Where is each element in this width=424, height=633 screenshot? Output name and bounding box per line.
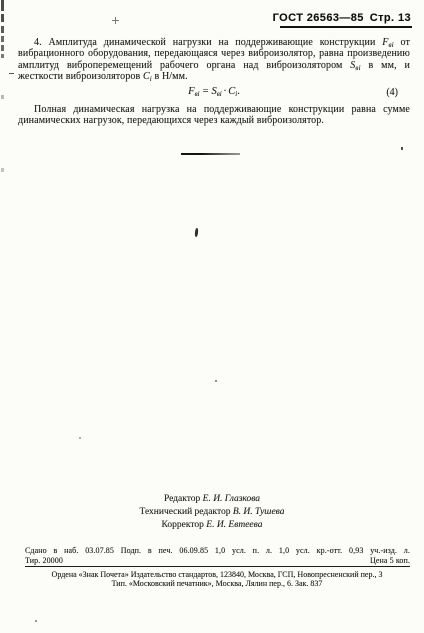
scan-hyphen-artifact [9,73,14,74]
header-rule [280,26,412,28]
tech-editor-label: Технический редактор [140,507,233,517]
equation-number: (4) [386,87,398,98]
price-value: Цена 5 коп. [370,556,410,566]
closing-paragraph-text: Полная динамическая нагрузка на поддержи… [18,104,410,126]
print-colophon: Сдано в наб. 03.07.85 Подп. в печ. 06.09… [25,546,410,565]
page-header: ГОСТ 26563—85Стр. 13 [273,12,411,24]
editor-label: Редактор [164,494,203,504]
colophon-rule [25,566,410,567]
multiplication-dot: · [223,86,227,97]
force-subscript: вi [195,90,200,98]
ink-blot-artifact [195,228,199,237]
publisher-imprint: Ордена «Знак Почета» Издательство станда… [19,570,415,588]
tech-editor-line: Технический редактор В. И. Тушева [0,506,424,519]
printing-house-line: Тип. «Московский печатник», Москва, Ляли… [19,579,415,588]
proofreader-name: Е. И. Евтеева [206,520,262,530]
document-page: ГОСТ 26563—85Стр. 13 4. Амплитуда динами… [0,0,424,633]
scan-plus-artifact [112,17,119,24]
clause4-text-1: 4. Амплитуда динамической нагрузки на по… [34,37,382,48]
stiffness-symbol: C [143,71,150,82]
equals-sign: = [203,86,209,97]
scan-line-artifact [181,153,240,155]
scan-edge-artifact [1,26,4,33]
scan-speck-artifact [401,147,403,150]
closing-paragraph: Полная динамическая нагрузка на поддержи… [18,104,410,127]
colophon-typesetting-line: Сдано в наб. 03.07.85 Подп. в печ. 06.09… [25,546,410,556]
scan-edge-artifact [1,54,4,58]
editor-line: Редактор Е. И. Глазкова [0,493,424,506]
equation-4: Fвi=Sвi·Ci. [18,86,410,97]
publisher-address-line: Ордена «Знак Почета» Издательство станда… [19,570,415,579]
scan-speck-artifact [35,620,37,622]
clause-4-paragraph: 4. Амплитуда динамической нагрузки на по… [18,37,410,82]
circulation-value: Тир. 20000 [25,556,63,566]
standard-number: ГОСТ 26563—85 [273,12,364,24]
scan-speck-artifact [79,437,81,439]
editor-name: Е. И. Глазкова [203,494,260,504]
scan-edge-artifact [1,0,4,11]
page-number-label: Стр. 13 [370,12,411,24]
scan-edge-artifact [1,45,4,51]
scan-speck-artifact [215,380,217,382]
clause4-text-4: в Н/мм. [152,71,188,82]
proofreader-line: Корректор Е. И. Евтеева [0,519,424,532]
editorial-credits: Редактор Е. И. Глазкова Технический реда… [0,493,424,533]
scan-edge-artifact [1,168,4,172]
scan-edge-artifact [1,95,4,99]
scan-edge-artifact [1,14,4,22]
formula-period: . [237,86,240,97]
tech-editor-name: В. И. Тушева [233,507,285,517]
scan-edge-artifact [1,36,4,42]
displacement-subscript: вi [217,90,222,98]
colophon-circulation-row: Тир. 20000 Цена 5 коп. [25,556,410,566]
equation-row: Fвi=Sвi·Ci. (4) [18,86,410,100]
proofreader-label: Корректор [162,520,207,530]
